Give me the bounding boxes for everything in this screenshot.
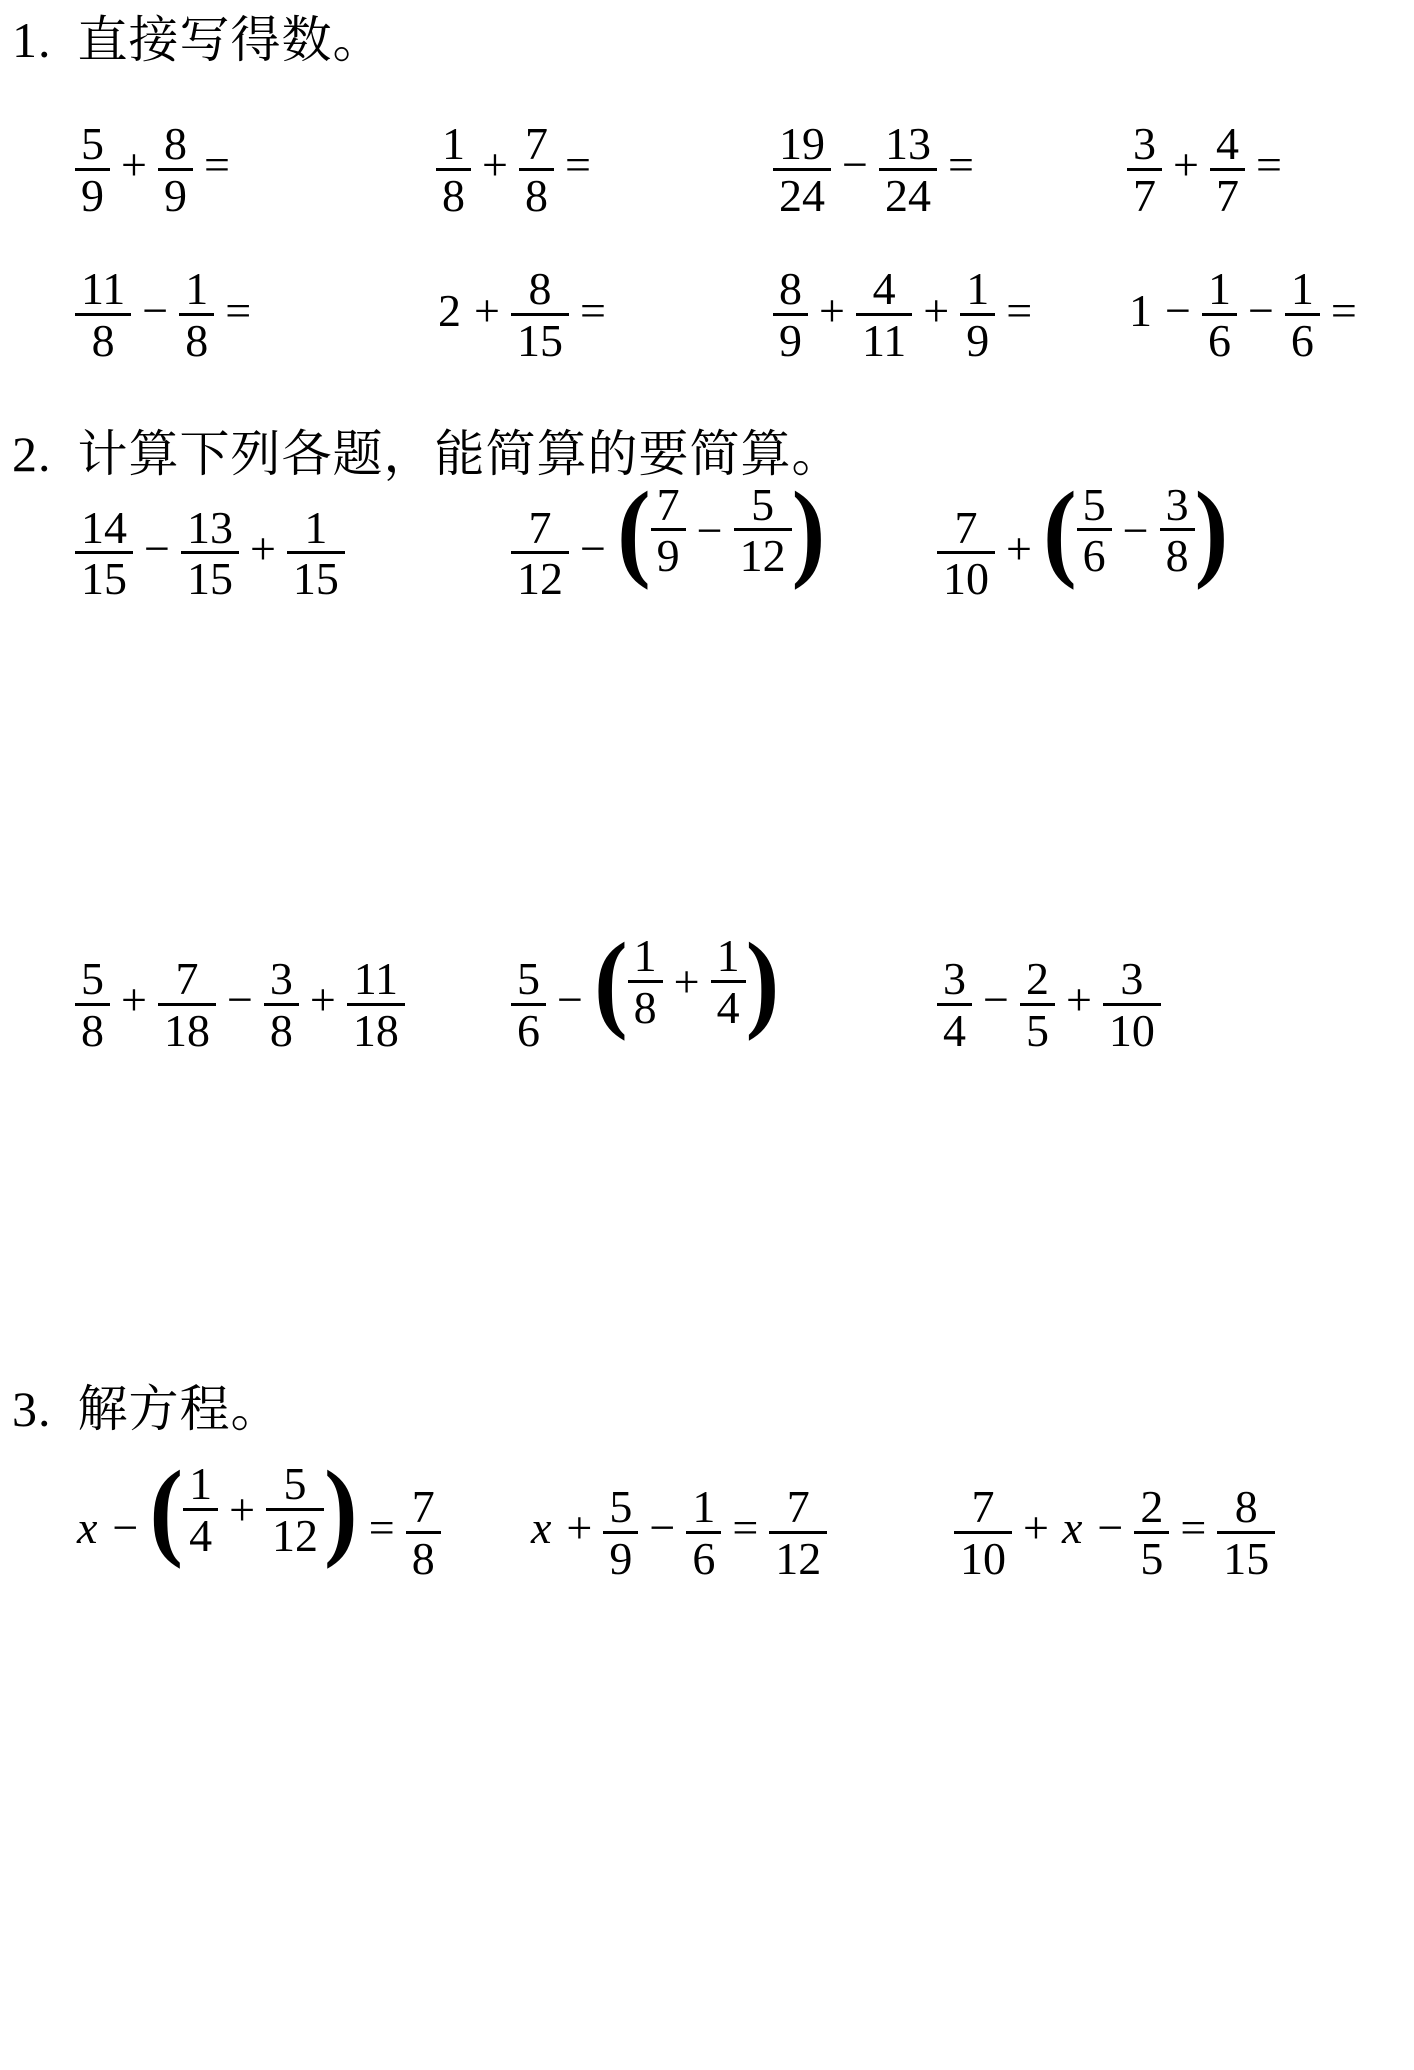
numerator: 2 — [1134, 1488, 1169, 1531]
numerator: 1 — [179, 270, 214, 313]
numerator: 3 — [1127, 125, 1162, 168]
minus-sign: − — [1165, 285, 1191, 336]
fraction: 14 — [183, 1465, 218, 1554]
math-expression: x−(14+512)=78 — [75, 1482, 529, 1583]
variable-x: x — [1062, 1502, 1082, 1553]
math-expression: x+59−16=712 — [529, 1488, 954, 1577]
close-paren: ) — [792, 476, 826, 585]
denominator: 15 — [75, 551, 133, 598]
open-paren: ( — [617, 476, 651, 585]
denominator: 15 — [287, 551, 345, 598]
fraction: 718 — [158, 960, 216, 1049]
section-1-title: 直接写得数。 — [78, 12, 384, 68]
plus-sign: + — [923, 285, 949, 336]
denominator: 4 — [711, 980, 746, 1027]
numerator: 3 — [264, 960, 299, 1003]
numerator: 5 — [266, 1465, 324, 1508]
minus-sign: − — [557, 974, 583, 1025]
numerator: 7 — [651, 486, 686, 529]
denominator: 4 — [183, 1508, 218, 1555]
section-3-heading: 3.解方程。 — [12, 1377, 1414, 1442]
fraction: 78 — [519, 125, 554, 214]
minus-sign: − — [1248, 285, 1274, 336]
problem-row: 118−18= 2+815= 89+411+19= 1−16−16= — [12, 270, 1414, 359]
fraction: 712 — [511, 509, 569, 598]
denominator: 18 — [158, 1003, 216, 1050]
numerator: 1 — [711, 937, 746, 980]
math-expression: 37+47= — [1127, 125, 1293, 214]
fraction: 310 — [1103, 960, 1161, 1049]
denominator: 8 — [179, 313, 214, 360]
math-expression: 56−(18+14) — [511, 954, 937, 1055]
denominator: 9 — [158, 168, 193, 215]
math-expression: 710+(56−38) — [937, 503, 1228, 604]
equals-sign: = — [1180, 1502, 1206, 1553]
fraction: 47 — [1210, 125, 1245, 214]
equals-sign: = — [948, 139, 974, 190]
section-3-title: 解方程。 — [78, 1381, 282, 1437]
numerator: 1 — [183, 1465, 218, 1508]
plus-sign: + — [1023, 1502, 1049, 1553]
section-2-title: 计算下列各题，能简算的要简算。 — [78, 426, 843, 482]
minus-sign: − — [983, 974, 1009, 1025]
denominator: 8 — [75, 313, 131, 360]
numerator: 7 — [406, 1488, 441, 1531]
close-paren: ) — [746, 927, 780, 1036]
open-paren: ( — [1043, 476, 1077, 585]
fraction: 58 — [75, 960, 110, 1049]
equals-sign: = — [1331, 285, 1357, 336]
numerator: 1 — [960, 270, 995, 313]
fraction: 411 — [856, 270, 912, 359]
parenthesized-group: (79−512) — [617, 480, 825, 581]
denominator: 8 — [1160, 528, 1195, 575]
section-2-number: 2. — [12, 422, 52, 487]
math-expression: 34−25+310 — [937, 960, 1161, 1049]
plus-sign: + — [819, 285, 845, 336]
fraction: 37 — [1127, 125, 1162, 214]
parenthesized-group: (18+14) — [594, 931, 779, 1032]
fraction: 1324 — [879, 125, 937, 214]
numerator: 8 — [511, 270, 569, 313]
denominator: 7 — [1210, 168, 1245, 215]
fraction: 38 — [264, 960, 299, 1049]
denominator: 8 — [75, 1003, 110, 1050]
plus-sign: + — [121, 139, 147, 190]
fraction: 16 — [1202, 270, 1237, 359]
denominator: 9 — [651, 528, 686, 575]
fraction: 89 — [158, 125, 193, 214]
plus-sign: + — [310, 974, 336, 1025]
parenthesized-group: (56−38) — [1043, 480, 1228, 581]
denominator: 12 — [266, 1508, 324, 1555]
numerator: 2 — [1020, 960, 1055, 1003]
denominator: 18 — [347, 1003, 405, 1050]
numerator: 7 — [158, 960, 216, 1003]
numerator: 5 — [734, 486, 792, 529]
fraction: 18 — [628, 937, 663, 1026]
math-expression: 1−16−16= — [1127, 270, 1368, 359]
denominator: 6 — [511, 1003, 546, 1050]
numerator: 5 — [511, 960, 546, 1003]
fraction: 78 — [406, 1488, 441, 1577]
denominator: 8 — [264, 1003, 299, 1050]
numerator: 4 — [856, 270, 912, 313]
denominator: 11 — [856, 313, 912, 360]
fraction: 512 — [266, 1465, 324, 1554]
math-expression: 118−18= — [75, 270, 436, 359]
denominator: 8 — [628, 980, 663, 1027]
math-expression: 1415−1315+115 — [75, 509, 511, 598]
minus-sign: − — [227, 974, 253, 1025]
fraction: 59 — [75, 125, 110, 214]
integer: 2 — [438, 285, 461, 336]
denominator: 24 — [879, 168, 937, 215]
fraction: 56 — [511, 960, 546, 1049]
numerator: 3 — [1160, 486, 1195, 529]
variable-x: x — [77, 1502, 97, 1553]
fraction: 56 — [1077, 486, 1112, 575]
numerator: 7 — [954, 1488, 1012, 1531]
close-paren: ) — [1195, 476, 1229, 585]
fraction: 815 — [1217, 1488, 1275, 1577]
denominator: 10 — [954, 1531, 1012, 1578]
plus-sign: + — [474, 285, 500, 336]
denominator: 4 — [937, 1003, 972, 1050]
fraction: 712 — [769, 1488, 827, 1577]
fraction: 34 — [937, 960, 972, 1049]
integer: 1 — [1129, 285, 1152, 336]
fraction: 16 — [1285, 270, 1320, 359]
problem-row: 58+718−38+1118 56−(18+14) 34−25+310 — [12, 954, 1414, 1055]
numerator: 7 — [511, 509, 569, 552]
fraction: 115 — [287, 509, 345, 598]
denominator: 9 — [603, 1531, 638, 1578]
equals-sign: = — [1256, 139, 1282, 190]
plus-sign: + — [566, 1502, 592, 1553]
math-expression: 710+x−25=815 — [954, 1488, 1275, 1577]
fraction: 18 — [436, 125, 471, 214]
denominator: 12 — [511, 551, 569, 598]
numerator: 14 — [75, 509, 133, 552]
denominator: 10 — [937, 551, 995, 598]
numerator: 3 — [937, 960, 972, 1003]
denominator: 9 — [960, 313, 995, 360]
section-1-number: 1. — [12, 8, 52, 73]
numerator: 1 — [1202, 270, 1237, 313]
problem-row: 59+89= 18+78= 1924−1324= 37+47= — [12, 125, 1414, 214]
numerator: 7 — [519, 125, 554, 168]
numerator: 5 — [75, 960, 110, 1003]
math-expression: 712−(79−512) — [511, 503, 937, 604]
fraction: 18 — [179, 270, 214, 359]
worksheet-page: 1.直接写得数。 59+89= 18+78= 1924−1324= 37+47=… — [0, 0, 1414, 2070]
minus-sign: − — [142, 285, 168, 336]
numerator: 8 — [773, 270, 808, 313]
denominator: 6 — [1077, 528, 1112, 575]
plus-sign: + — [229, 1483, 255, 1536]
fraction: 14 — [711, 937, 746, 1026]
plus-sign: + — [250, 523, 276, 574]
problem-row: x−(14+512)=78 x+59−16=712 710+x−25=815 — [12, 1482, 1414, 1583]
plus-sign: + — [121, 974, 147, 1025]
minus-sign: − — [649, 1502, 675, 1553]
math-expression: 2+815= — [436, 270, 773, 359]
fraction: 512 — [734, 486, 792, 575]
problem-row: 1415−1315+115 712−(79−512) 710+(56−38) — [12, 503, 1414, 604]
math-expression: 18+78= — [436, 125, 773, 214]
open-paren: ( — [149, 1455, 183, 1564]
denominator: 6 — [686, 1531, 721, 1578]
math-expression: 59+89= — [75, 125, 436, 214]
math-expression: 58+718−38+1118 — [75, 960, 511, 1049]
numerator: 8 — [1217, 1488, 1275, 1531]
numerator: 1 — [1285, 270, 1320, 313]
parenthesized-group: (14+512) — [149, 1459, 357, 1560]
minus-sign: − — [1123, 504, 1149, 557]
numerator: 19 — [773, 125, 831, 168]
minus-sign: − — [144, 523, 170, 574]
plus-sign: + — [482, 139, 508, 190]
numerator: 1 — [287, 509, 345, 552]
fraction: 1415 — [75, 509, 133, 598]
denominator: 12 — [734, 528, 792, 575]
denominator: 9 — [75, 168, 110, 215]
denominator: 6 — [1202, 313, 1237, 360]
fraction: 25 — [1020, 960, 1055, 1049]
numerator: 8 — [158, 125, 193, 168]
denominator: 15 — [181, 551, 239, 598]
minus-sign: − — [112, 1502, 138, 1553]
plus-sign: + — [1066, 974, 1092, 1025]
fraction: 16 — [686, 1488, 721, 1577]
fraction: 1315 — [181, 509, 239, 598]
fraction: 1118 — [347, 960, 405, 1049]
fraction: 25 — [1134, 1488, 1169, 1577]
denominator: 15 — [511, 313, 569, 360]
numerator: 1 — [436, 125, 471, 168]
numerator: 5 — [1077, 486, 1112, 529]
fraction: 79 — [651, 486, 686, 575]
minus-sign: − — [842, 139, 868, 190]
variable-x: x — [531, 1502, 551, 1553]
denominator: 8 — [519, 168, 554, 215]
math-expression: 1924−1324= — [773, 125, 1127, 214]
denominator: 12 — [769, 1531, 827, 1578]
equals-sign: = — [1006, 285, 1032, 336]
denominator: 15 — [1217, 1531, 1275, 1578]
minus-sign: − — [580, 523, 606, 574]
equals-sign: = — [580, 285, 606, 336]
numerator: 7 — [937, 509, 995, 552]
numerator: 4 — [1210, 125, 1245, 168]
open-paren: ( — [594, 927, 628, 1036]
fraction: 59 — [603, 1488, 638, 1577]
fraction: 710 — [954, 1488, 1012, 1577]
numerator: 5 — [603, 1488, 638, 1531]
numerator: 3 — [1103, 960, 1161, 1003]
equals-sign: = — [732, 1502, 758, 1553]
numerator: 13 — [879, 125, 937, 168]
fraction: 815 — [511, 270, 569, 359]
fraction: 19 — [960, 270, 995, 359]
equals-sign: = — [565, 139, 591, 190]
fraction: 118 — [75, 270, 131, 359]
plus-sign: + — [674, 955, 700, 1008]
equals-sign: = — [369, 1502, 395, 1553]
plus-sign: + — [1006, 523, 1032, 574]
section-1-heading: 1.直接写得数。 — [12, 8, 1414, 73]
fraction: 1924 — [773, 125, 831, 214]
denominator: 5 — [1020, 1003, 1055, 1050]
denominator: 6 — [1285, 313, 1320, 360]
numerator: 1 — [686, 1488, 721, 1531]
plus-sign: + — [1173, 139, 1199, 190]
denominator: 5 — [1134, 1531, 1169, 1578]
math-expression: 89+411+19= — [773, 270, 1127, 359]
denominator: 7 — [1127, 168, 1162, 215]
equals-sign: = — [225, 285, 251, 336]
denominator: 10 — [1103, 1003, 1161, 1050]
minus-sign: − — [697, 504, 723, 557]
fraction: 89 — [773, 270, 808, 359]
close-paren: ) — [324, 1455, 358, 1564]
denominator: 8 — [436, 168, 471, 215]
numerator: 5 — [75, 125, 110, 168]
numerator: 1 — [628, 937, 663, 980]
denominator: 9 — [773, 313, 808, 360]
denominator: 8 — [406, 1531, 441, 1578]
fraction: 38 — [1160, 486, 1195, 575]
section-3-number: 3. — [12, 1377, 52, 1442]
numerator: 11 — [347, 960, 405, 1003]
numerator: 13 — [181, 509, 239, 552]
fraction: 710 — [937, 509, 995, 598]
numerator: 11 — [75, 270, 131, 313]
numerator: 7 — [769, 1488, 827, 1531]
denominator: 24 — [773, 168, 831, 215]
minus-sign: − — [1097, 1502, 1123, 1553]
equals-sign: = — [204, 139, 230, 190]
